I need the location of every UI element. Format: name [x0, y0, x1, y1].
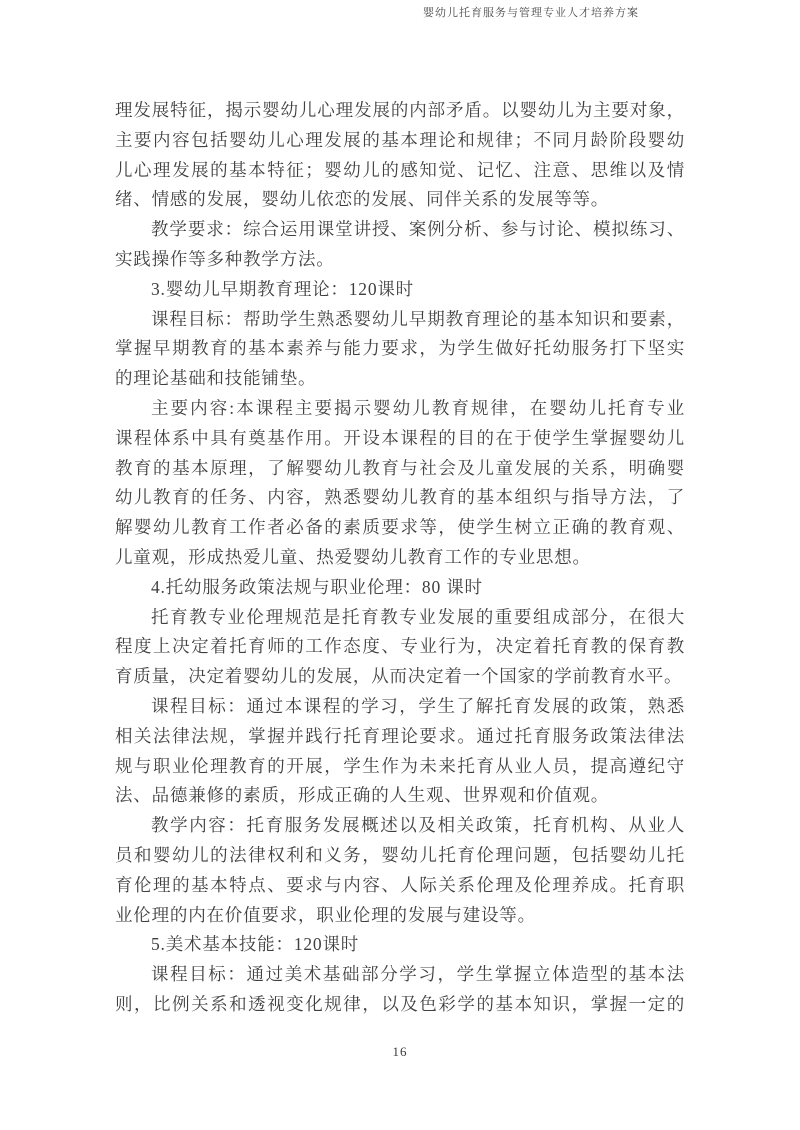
text-line: 儿童观，形成热爱儿童、热爱婴幼儿教育工作的专业思想。 [115, 543, 685, 573]
paragraph: 5.美术基本技能：120课时 [115, 930, 685, 960]
text-line: 托育教专业伦理规范是托育教专业发展的重要组成部分，在很大 [115, 603, 685, 633]
text-line: 则，比例关系和透视变化规律，以及色彩学的基本知识，掌握一定的 [115, 990, 685, 1020]
text-line: 育质量，决定着婴幼儿的发展，从而决定着一个国家的学前教育水平。 [115, 662, 685, 692]
text-line: 幼儿教育的任务、内容，熟悉婴幼儿教育的基本组织与指导方法，了 [115, 483, 685, 513]
page-number: 16 [393, 1044, 408, 1059]
text-line: 理发展特征，揭示婴幼儿心理发展的内部矛盾。以婴幼儿为主要对象， [115, 96, 685, 126]
text-line: 课程目标：通过本课程的学习，学生了解托育发展的政策，熟悉 [115, 692, 685, 722]
text-line: 业伦理的内在价值要求，职业伦理的发展与建设等。 [115, 901, 685, 931]
paragraph: 课程目标：通过本课程的学习，学生了解托育发展的政策，熟悉相关法律法规，掌握并践行… [115, 692, 685, 811]
text-line: 4.托幼服务政策法规与职业伦理：80 课时 [115, 573, 685, 603]
text-line: 育伦理的基本特点、要求与内容、人际关系伦理及伦理养成。托育职 [115, 871, 685, 901]
text-line: 3.婴幼儿早期教育理论：120课时 [115, 275, 685, 305]
text-line: 绪、情感的发展，婴幼儿依恋的发展、同伴关系的发展等等。 [115, 185, 685, 215]
page-header: 婴幼儿托育服务与管理专业人才培养方案 [423, 4, 639, 20]
text-line: 教学内容：托育服务发展概述以及相关政策，托育机构、从业人 [115, 811, 685, 841]
text-line: 员和婴幼儿的法律权利和义务，婴幼儿托育伦理问题，包括婴幼儿托 [115, 841, 685, 871]
text-line: 课程体系中具有奠基作用。开设本课程的目的在于使学生掌握婴幼儿 [115, 424, 685, 454]
text-line: 教育的基本原理，了解婴幼儿教育与社会及儿童发展的关系，明确婴 [115, 454, 685, 484]
paragraph: 课程目标：帮助学生熟悉婴幼儿早期教育理论的基本知识和要素，掌握早期教育的基本素养… [115, 305, 685, 394]
text-line: 法、品德兼修的素质，形成正确的人生观、世界观和价值观。 [115, 781, 685, 811]
text-line: 儿心理发展的基本特征；婴幼儿的感知觉、记忆、注意、思维以及情 [115, 156, 685, 186]
paragraph: 托育教专业伦理规范是托育教专业发展的重要组成部分，在很大程度上决定着托育师的工作… [115, 603, 685, 692]
text-line: 相关法律法规，掌握并践行托育理论要求。通过托育服务政策法律法 [115, 722, 685, 752]
paragraph: 3.婴幼儿早期教育理论：120课时 [115, 275, 685, 305]
paragraph: 课程目标：通过美术基础部分学习，学生掌握立体造型的基本法则，比例关系和透视变化规… [115, 960, 685, 1020]
text-line: 课程目标：帮助学生熟悉婴幼儿早期教育理论的基本知识和要素， [115, 305, 685, 335]
text-line: 的理论基础和技能铺垫。 [115, 364, 685, 394]
page-footer: 16 [0, 1044, 800, 1060]
text-line: 主要内容:本课程主要揭示婴幼儿教育规律，在婴幼儿托育专业 [115, 394, 685, 424]
document-page: 婴幼儿托育服务与管理专业人才培养方案 理发展特征，揭示婴幼儿心理发展的内部矛盾。… [0, 0, 800, 1130]
text-line: 实践操作等多种教学方法。 [115, 245, 685, 275]
paragraph: 主要内容:本课程主要揭示婴幼儿教育规律，在婴幼儿托育专业课程体系中具有奠基作用。… [115, 394, 685, 573]
paragraph: 教学内容：托育服务发展概述以及相关政策，托育机构、从业人员和婴幼儿的法律权利和义… [115, 811, 685, 930]
paragraph: 理发展特征，揭示婴幼儿心理发展的内部矛盾。以婴幼儿为主要对象，主要内容包括婴幼儿… [115, 96, 685, 215]
text-line: 解婴幼儿教育工作者必备的素质要求等，使学生树立正确的教育观、 [115, 513, 685, 543]
paragraph: 教学要求：综合运用课堂讲授、案例分析、参与讨论、模拟练习、实践操作等多种教学方法… [115, 215, 685, 275]
header-title: 婴幼儿托育服务与管理专业人才培养方案 [423, 7, 639, 19]
text-line: 课程目标：通过美术基础部分学习，学生掌握立体造型的基本法 [115, 960, 685, 990]
paragraph: 4.托幼服务政策法规与职业伦理：80 课时 [115, 573, 685, 603]
document-body: 理发展特征，揭示婴幼儿心理发展的内部矛盾。以婴幼儿为主要对象，主要内容包括婴幼儿… [115, 96, 685, 1020]
text-line: 主要内容包括婴幼儿心理发展的基本理论和规律；不同月龄阶段婴幼 [115, 126, 685, 156]
text-line: 5.美术基本技能：120课时 [115, 930, 685, 960]
text-line: 程度上决定着托育师的工作态度、专业行为，决定着托育教的保育教 [115, 632, 685, 662]
text-line: 教学要求：综合运用课堂讲授、案例分析、参与讨论、模拟练习、 [115, 215, 685, 245]
text-line: 规与职业伦理教育的开展，学生作为未来托育从业人员，提高遵纪守 [115, 752, 685, 782]
text-line: 掌握早期教育的基本素养与能力要求，为学生做好托幼服务打下坚实 [115, 334, 685, 364]
